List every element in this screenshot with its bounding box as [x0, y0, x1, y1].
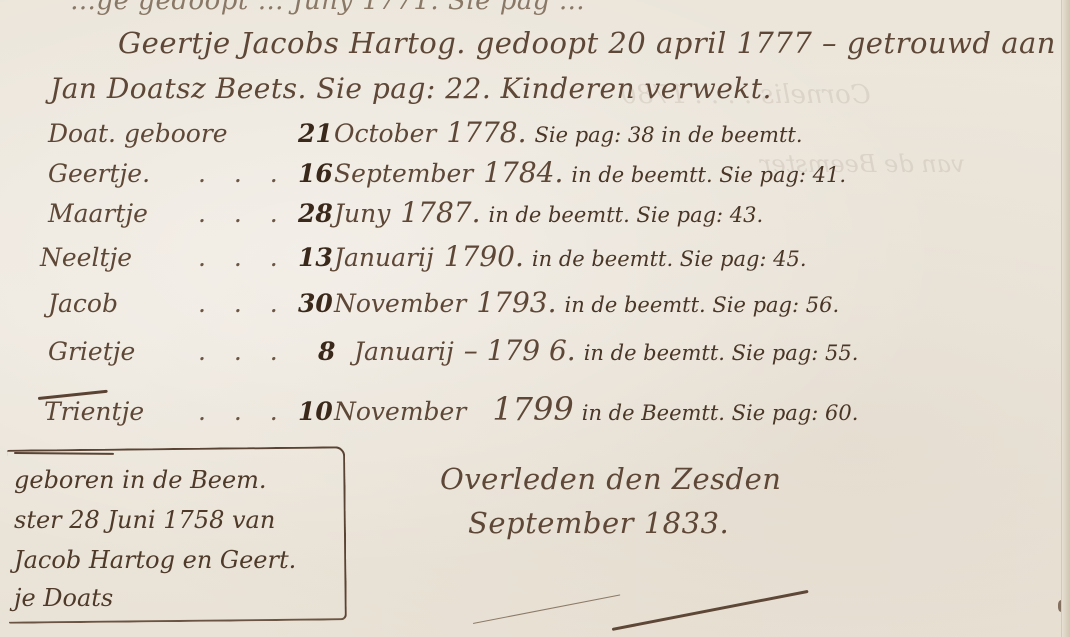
child-row: Maartje. . .28Juny1787.in de beemtt. Sie… — [48, 196, 763, 229]
child-row: Geertje.. . .16September1784.in de beemt… — [48, 156, 846, 189]
manuscript-page: Cornelis . . . . 1780 van de Beemster …g… — [0, 0, 1070, 637]
child-row: Doat. geboore21October1778.Sie pag: 38 i… — [48, 116, 803, 149]
margin-note-line: je Doats — [14, 584, 113, 612]
reference-note: in de beemtt. Sie pag: 43. — [489, 203, 764, 227]
child-row: Grietje. . .8Januarij– 179 6.in de beemt… — [48, 334, 858, 367]
closing-pen-stroke — [612, 590, 809, 631]
death-note-line-1: Overleden den Zesden — [440, 462, 781, 496]
birth-year: 1787. — [400, 196, 480, 229]
leader-dots: . . . — [198, 289, 298, 318]
child-name: Grietje — [48, 337, 198, 366]
birth-month: September — [334, 159, 473, 188]
leader-dots: . . . — [198, 199, 298, 228]
birth-year: 1793. — [476, 286, 556, 319]
margin-note-line: geboren in de Beem. — [14, 466, 267, 494]
birth-year: 1790. — [444, 240, 524, 273]
child-name: Trientje — [44, 397, 198, 426]
death-note-line-2: September 1833. — [468, 506, 729, 540]
closing-pen-stroke — [473, 594, 620, 624]
child-row: Trientje. . .10November1799in de Beemtt.… — [44, 390, 858, 428]
birth-day: 21 — [298, 119, 334, 148]
margin-note-line: ster 28 Juni 1758 van — [14, 506, 275, 534]
reference-note: in de beemtt. Sie pag: 55. — [584, 341, 859, 365]
birth-year: 1784. — [483, 156, 563, 189]
leader-dots: . . . — [198, 337, 298, 366]
page-binding-edge — [1061, 0, 1070, 637]
reference-note: Sie pag: 38 in de beemtt. — [535, 123, 803, 147]
birth-year: 1799 — [492, 390, 573, 428]
leader-dots: . . . — [198, 397, 298, 426]
birth-day: 13 — [298, 243, 334, 272]
leader-dots: . . . — [198, 243, 298, 272]
reference-note: in de beemtt. Sie pag: 56. — [564, 293, 839, 317]
child-row: Jacob. . .30November1793.in de beemtt. S… — [48, 286, 839, 319]
child-name: Maartje — [48, 199, 198, 228]
birth-month: November — [334, 397, 466, 426]
child-row: Neeltje. . .13Januarij1790.in de beemtt.… — [40, 240, 807, 273]
reference-note: in de Beemtt. Sie pag: 60. — [582, 401, 859, 425]
header-line-2: Jan Doatsz Beets. Sie pag: 22. Kinderen … — [50, 72, 772, 105]
birth-day: 10 — [298, 397, 334, 426]
header-line-1: Geertje Jacobs Hartog. gedoopt 20 april … — [118, 26, 1056, 60]
birth-month: Januarij — [334, 243, 434, 272]
leader-dots: . . . — [198, 159, 298, 188]
reference-note: in de beemtt. Sie pag: 45. — [532, 247, 807, 271]
birth-month: Juny — [334, 199, 390, 228]
birth-day: 28 — [298, 199, 334, 228]
birth-day: 30 — [298, 289, 334, 318]
child-name: Geertje. — [48, 159, 198, 188]
child-name: Doat. geboore — [48, 119, 298, 148]
birth-month: Januarij — [354, 337, 454, 366]
birth-day: 8 — [318, 337, 354, 366]
child-name: Neeltje — [40, 243, 198, 272]
birth-year: – 179 6. — [464, 334, 576, 367]
birth-month: October — [334, 119, 436, 148]
birth-year: 1778. — [446, 116, 526, 149]
birth-month: November — [334, 289, 466, 318]
child-name: Jacob — [48, 289, 198, 318]
cropped-top-line: …ge gedoopt … Juny 1771. Sie pag … — [70, 0, 585, 16]
birth-day: 16 — [298, 159, 334, 188]
margin-note-line: Jacob Hartog en Geert. — [14, 546, 296, 574]
reference-note: in de beemtt. Sie pag: 41. — [571, 163, 846, 187]
